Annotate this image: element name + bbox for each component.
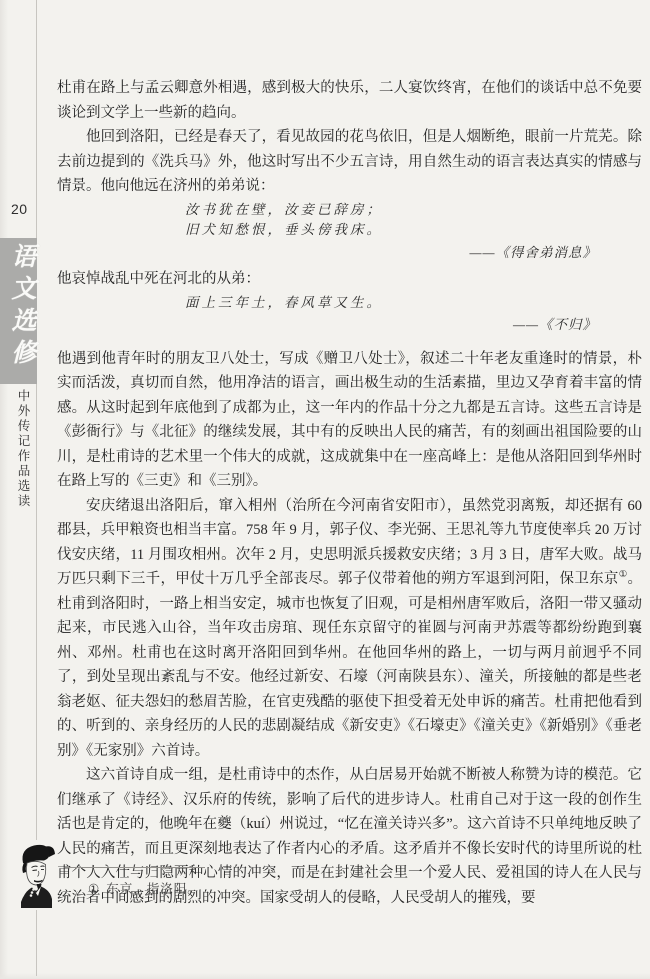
main-text-column: 杜甫在路上与孟云卿意外相遇，感到极大的快乐，二人宴饮终宵，在他们的谈话中总不免要…: [57, 76, 642, 910]
series-title-calligraphy: 语文选修: [9, 243, 34, 384]
page-bottom-shade: [0, 973, 650, 979]
subseries-title: 中外传记作品选读: [14, 389, 32, 509]
footnote-ref: ①: [619, 570, 628, 580]
paragraph-mengyunqing: 杜甫在路上与孟云卿意外相遇，感到极大的快乐，二人宴饮终宵，在他们的谈话中总不免要…: [57, 76, 642, 125]
poem-line: 面上三年土，春风草又生。: [185, 293, 642, 314]
poem-line: 汝书犹在壁，汝妾已辞房；: [185, 200, 642, 221]
paragraph-return-luoyang: 他回到洛阳，已经是春天了，看见故园的花鸟依旧，但是人烟断绝，眼前一片荒芜。除去前…: [57, 125, 642, 199]
footnote-mark: ①: [88, 882, 100, 896]
textbook-page: 20 语文选修 中外传记作品选读 杜甫在路上与孟云卿意外相遇，感到极大的快乐，二…: [0, 0, 650, 979]
sidebar-rule: [36, 0, 37, 976]
footnote-text: 东京，指洛阳。: [106, 882, 201, 896]
footnote: ①东京，指洛阳。: [88, 879, 201, 897]
poem-attribution: ——《得舍弟消息》: [57, 243, 642, 264]
series-title-box: 语文选修: [0, 238, 37, 384]
page-edge-shade: [0, 0, 8, 979]
paragraph-text: 安庆绪退出洛阳后，窜入相州（治所在今河南省安阳市），虽然党羽离叛，却还据有 60…: [57, 498, 642, 588]
paragraph-mourning-cousin: 他哀悼战乱中死在河北的从弟：: [57, 267, 642, 292]
dufu-portrait-icon: [13, 840, 61, 910]
poem-attribution: ——《不归》: [57, 315, 642, 336]
footnote-separator: [65, 867, 205, 868]
poem-bugui: 面上三年土，春风草又生。: [185, 293, 642, 314]
dufu-portrait-svg: [13, 840, 59, 908]
paragraph-text: 。杜甫到洛阳时，一路上相当安定，城市也恢复了旧观，可是相州唐军败后，洛阳一带又骚…: [57, 571, 642, 759]
poem-deshedi-xiaoxi: 汝书犹在壁，汝妾已辞房； 旧犬知愁恨，垂头傍我床。: [185, 200, 642, 241]
paragraph-weiba-chushi: 他遇到他青年时的朋友卫八处士，写成《赠卫八处士》，叙述二十年老友重逢时的情景，朴…: [57, 347, 642, 494]
paragraph-xiangzhou-campaign: 安庆绪退出洛阳后，窜入相州（治所在今河南省安阳市），虽然党羽离叛，却还据有 60…: [57, 494, 642, 764]
page-number: 20: [11, 201, 28, 217]
poem-line: 旧犬知愁恨，垂头傍我床。: [185, 220, 642, 241]
